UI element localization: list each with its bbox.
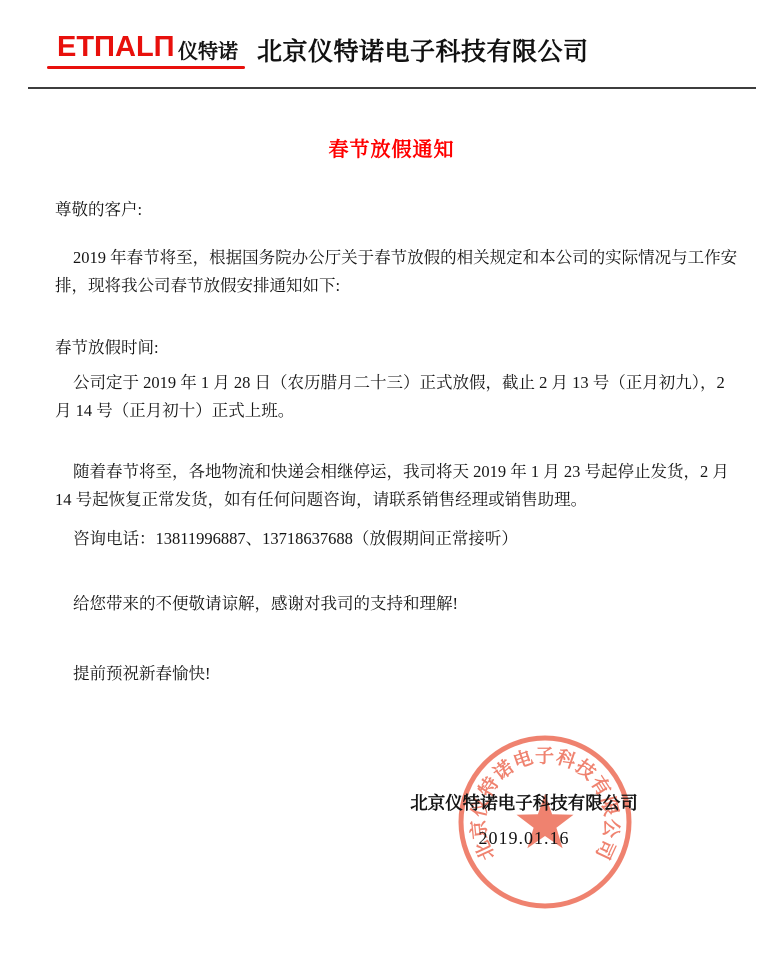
logo-underline bbox=[47, 66, 245, 69]
signature-date: 2019.01.16 bbox=[410, 828, 638, 849]
brand-logo-text: ETΠALΠ bbox=[57, 33, 175, 62]
paragraph-line: 2019 年春节将至，根据国务院办公厅关于春节放假的相关规定和本公司的实际情况与… bbox=[55, 244, 737, 272]
section-label-line: 春节放假时间: bbox=[55, 334, 159, 362]
wish-line-text: 提前预祝新春愉快! bbox=[55, 660, 211, 688]
salutation-line: 尊敬的客户: bbox=[55, 196, 142, 224]
signature-block: 北京仪特诺电子科技有限公司 2019.01.16 bbox=[410, 792, 638, 849]
paragraph-shipping: 随着春节将至，各地物流和快递会相继停运，我司将天 2019 年 1 月 23 号… bbox=[55, 458, 729, 514]
phone-line: 咨询电话：13811996887、13718637688（放假期间正常接听） bbox=[55, 525, 518, 553]
paragraph-line: 随着春节将至，各地物流和快递会相继停运，我司将天 2019 年 1 月 23 号… bbox=[55, 458, 729, 486]
signature-company-name: 北京仪特诺电子科技有限公司 bbox=[410, 792, 638, 814]
salutation: 尊敬的客户: bbox=[55, 196, 142, 224]
apology-line: 给您带来的不便敬请谅解，感谢对我司的支持和理解! bbox=[55, 590, 458, 618]
phone-line-text: 咨询电话：13811996887、13718637688（放假期间正常接听） bbox=[55, 525, 518, 553]
paragraph-intro: 2019 年春节将至，根据国务院办公厅关于春节放假的相关规定和本公司的实际情况与… bbox=[55, 244, 737, 300]
paragraph-line: 14 号起恢复正常发货，如有任何问题咨询，请联系销售经理或销售助理。 bbox=[55, 486, 729, 514]
section-label-holiday-time: 春节放假时间: bbox=[55, 334, 159, 362]
wish-line: 提前预祝新春愉快! bbox=[55, 660, 211, 688]
header-company-name: 北京仪特诺电子科技有限公司 bbox=[257, 39, 589, 65]
apology-line-text: 给您带来的不便敬请谅解，感谢对我司的支持和理解! bbox=[55, 590, 458, 618]
paragraph-line: 公司定于 2019 年 1 月 28 日（农历腊月二十三）正式放假，截止 2 月… bbox=[55, 369, 725, 397]
notice-title: 春节放假通知 bbox=[0, 133, 783, 162]
brand-logo-cn: 仪特诺 bbox=[178, 42, 238, 62]
paragraph-line: 排，现将我公司春节放假安排通知如下: bbox=[55, 272, 737, 300]
document-page: ETΠALΠ 仪特诺 北京仪特诺电子科技有限公司 春节放假通知 尊敬的客户: 2… bbox=[0, 0, 783, 956]
paragraph-line: 月 14 号（正月初十）正式上班。 bbox=[55, 397, 725, 425]
paragraph-holiday-dates: 公司定于 2019 年 1 月 28 日（农历腊月二十三）正式放假，截止 2 月… bbox=[55, 369, 725, 425]
header-divider bbox=[28, 87, 756, 89]
